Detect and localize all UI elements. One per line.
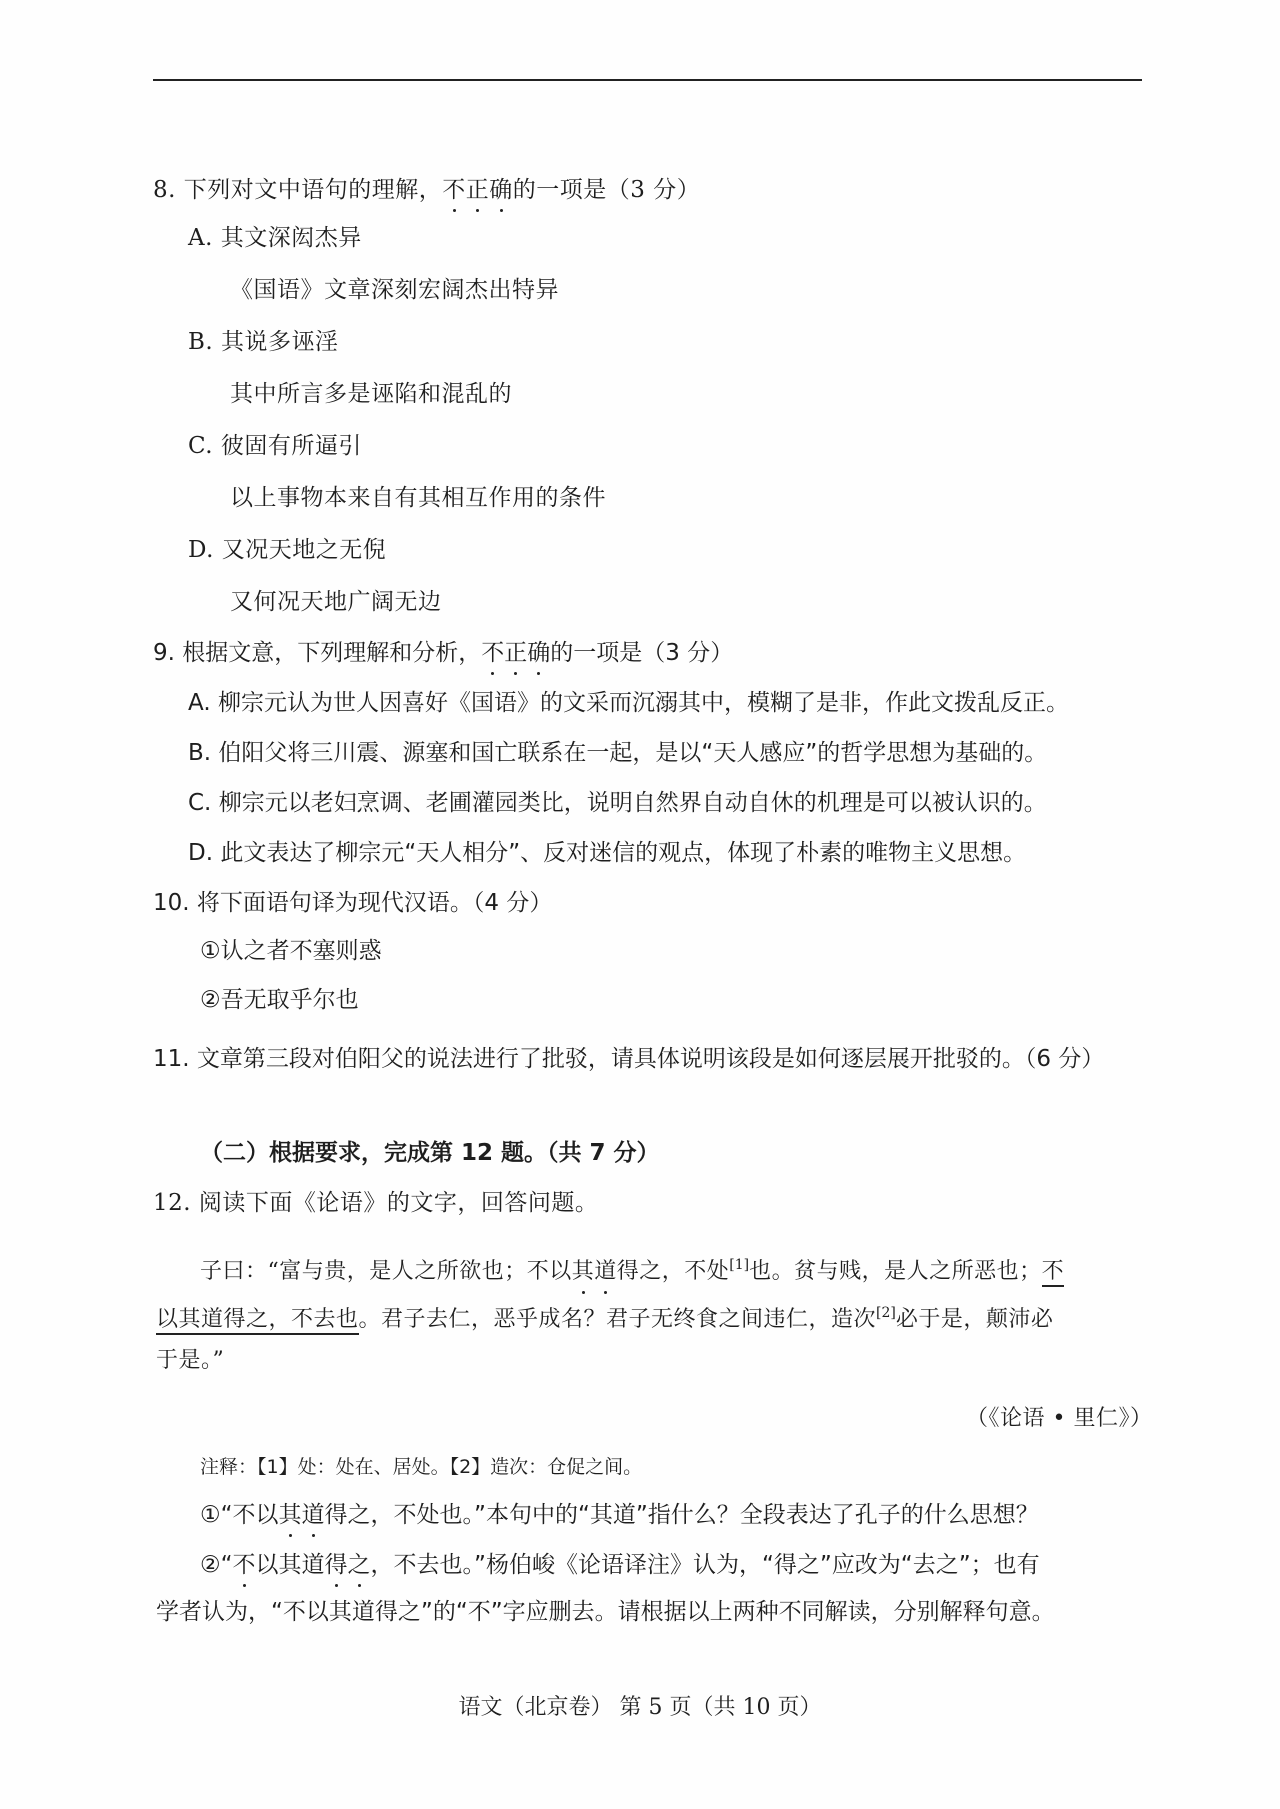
q11-stem: 11. 文章第三段对伯阳父的说法进行了批驳，请具体说明该段是如何逐层展开批驳的。… bbox=[153, 1044, 1104, 1074]
q8-option-c: C. 彼固有所逼引 bbox=[188, 431, 362, 461]
emphasis-char: 不 bbox=[442, 175, 466, 205]
emphasis-char: 道 bbox=[594, 1257, 617, 1287]
q12-passage-line-2: 以其道得之，不去也。君子去仁，恶乎成名？君子无终食之间违仁，造次[2]必于是，颠… bbox=[156, 1298, 1053, 1335]
q9-option-c: C. 柳宗元以老妇烹调、老圃灌园类比，说明自然界自动自休的机理是可以被认识的。 bbox=[188, 788, 1047, 818]
q9-option-d: D. 此文表达了柳宗元“天人相分”、反对迷信的观点，体现了朴素的唯物主义思想。 bbox=[188, 838, 1026, 868]
q9-number: 9. bbox=[153, 640, 175, 666]
emphasis-char: 其 bbox=[572, 1257, 595, 1287]
q12-passage-line-1: 子曰：“富与贵，是人之所欲也；不以其道得之，不处[1]也。贫与贱，是人之所恶也；… bbox=[200, 1250, 1064, 1287]
q9-stem: 9. 根据文意，下列理解和分析，不正确的一项是（3 分） bbox=[153, 638, 733, 668]
q12-sub-2-line-2: 学者认为，“不以其道得之”的“不”字应删去。请根据以上两种不同解读，分别解释句意… bbox=[156, 1597, 1055, 1627]
q12-sub-2: ②“不以其道得之，不去也。”杨伯峻《论语译注》认为，“得之”应改为“去之”；也有 bbox=[200, 1550, 1040, 1580]
q8-number: 8. bbox=[153, 177, 176, 203]
q10-stem: 10. 将下面语句译为现代汉语。（4 分） bbox=[153, 888, 552, 918]
header-rule bbox=[153, 79, 1142, 81]
q9-option-a: A. 柳宗元认为世人因喜好《国语》的文采而沉溺其中，模糊了是非，作此文拨乱反正。 bbox=[188, 688, 1069, 718]
exam-page: 8. 下列对文中语句的理解，不正确的一项是（3 分） A. 其文深闳杰异 《国语… bbox=[0, 0, 1280, 1809]
q12-passage-line-3: 于是。” bbox=[156, 1346, 224, 1376]
q10-item-1: ①认之者不塞则惑 bbox=[200, 936, 382, 966]
emphasis-char: 得 bbox=[325, 1550, 348, 1580]
q8-option-b: B. 其说多诬淫 bbox=[188, 327, 339, 357]
q8-option-b-explanation: 其中所言多是诬陷和混乱的 bbox=[230, 379, 512, 409]
q11-number: 11. bbox=[153, 1046, 190, 1072]
emphasis-char: 确 bbox=[527, 638, 550, 668]
q12-source: （《论语 • 里仁》） bbox=[966, 1404, 1152, 1434]
underlined-text: 不 bbox=[1042, 1259, 1065, 1287]
emphasis-char: 道 bbox=[302, 1500, 325, 1530]
q9-option-b: B. 伯阳父将三川震、源塞和国亡联系在一起，是以“天人感应”的哲学思想为基础的。 bbox=[188, 738, 1047, 768]
section-heading: （二）根据要求，完成第 12 题。（共 7 分） bbox=[200, 1138, 660, 1168]
footnote-mark-2: [2] bbox=[876, 1305, 896, 1321]
q12-stem: 12. 阅读下面《论语》的文字，回答问题。 bbox=[153, 1188, 598, 1218]
emphasis-char: 正 bbox=[504, 638, 527, 668]
q10-number: 10. bbox=[153, 890, 190, 916]
footnote-mark-1: [1] bbox=[729, 1257, 749, 1273]
q8-option-d-explanation: 又何况天地广阔无边 bbox=[230, 587, 442, 617]
q8-option-a: A. 其文深闳杰异 bbox=[188, 223, 362, 253]
emphasis-char: 正 bbox=[466, 175, 490, 205]
q8-stem: 8. 下列对文中语句的理解，不正确的一项是（3 分） bbox=[153, 175, 700, 205]
emphasis-char: 不 bbox=[481, 638, 504, 668]
emphasis-char: 不 bbox=[233, 1550, 256, 1580]
q12-number: 12. bbox=[153, 1190, 191, 1216]
underlined-text: 以其道得之，不去也 bbox=[156, 1307, 359, 1335]
q12-notes: 注释：【1】处：处在、居处。【2】造次：仓促之间。 bbox=[200, 1452, 642, 1482]
q8-option-d: D. 又况天地之无倪 bbox=[188, 535, 386, 565]
emphasis-char: 之 bbox=[348, 1550, 371, 1580]
q8-option-c-explanation: 以上事物本来自有其相互作用的条件 bbox=[230, 483, 606, 513]
q12-sub-1: ①“不以其道得之，不处也。”本句中的“其道”指什么？全段表达了孔子的什么思想？ bbox=[200, 1500, 1039, 1530]
emphasis-char: 其 bbox=[279, 1500, 302, 1530]
q10-item-2: ②吾无取乎尔也 bbox=[200, 985, 359, 1015]
q8-option-a-explanation: 《国语》文章深刻宏阔杰出特异 bbox=[230, 275, 559, 305]
page-footer: 语文（北京卷） 第 5 页（共 10 页） bbox=[0, 1690, 1280, 1721]
emphasis-char: 确 bbox=[489, 175, 513, 205]
